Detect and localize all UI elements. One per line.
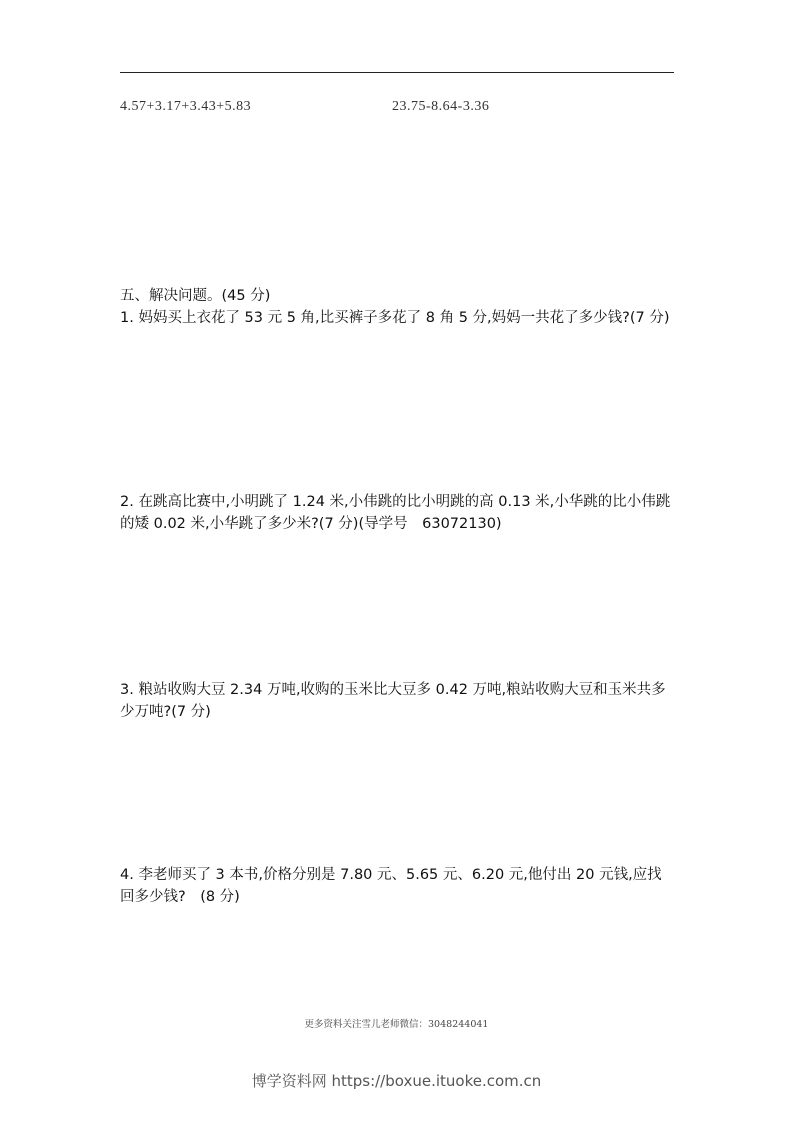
calculation-expression-1: 4.57+3.17+3.43+5.83 <box>120 99 251 115</box>
footer-note: 更多资料关注雪儿老师微信：3048244041 <box>0 1016 793 1030</box>
site-watermark: 博学资料网 https://boxue.ituoke.com.cn <box>0 1070 793 1091</box>
problem-1: 1. 妈妈买上衣花了 53 元 5 角,比买裤子多花了 8 角 5 分,妈妈一共… <box>120 307 676 329</box>
problem-2: 2. 在跳高比赛中,小明跳了 1.24 米,小伟跳的比小明跳的高 0.13 米,… <box>120 491 676 535</box>
problem-3: 3. 粮站收购大豆 2.34 万吨,收购的玉米比大豆多 0.42 万吨,粮站收购… <box>120 679 676 723</box>
problem-4: 4. 李老师买了 3 本书,价格分别是 7.80 元、5.65 元、6.20 元… <box>120 864 676 908</box>
header-divider <box>120 72 674 73</box>
calculation-expression-2: 23.75-8.64-3.36 <box>392 99 489 115</box>
section-title: 五、解决问题。(45 分) <box>120 284 270 305</box>
